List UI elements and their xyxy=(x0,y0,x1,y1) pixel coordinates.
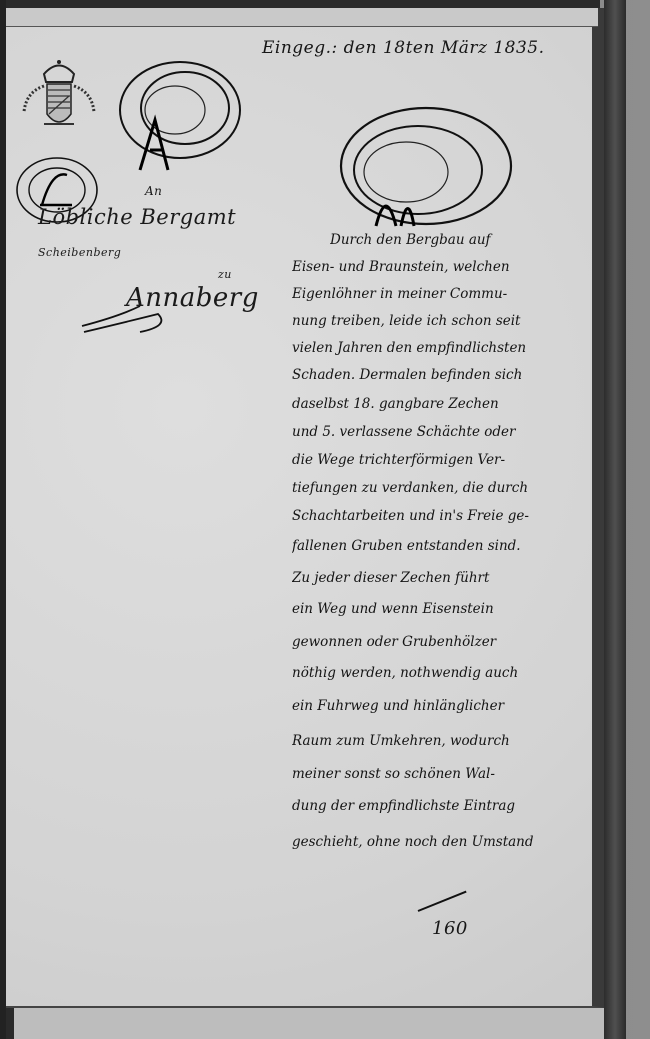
body-line: vielen Jahren den empfindlichsten xyxy=(292,340,604,356)
body-line: dung der empfindlichste Eintrag xyxy=(292,798,604,814)
body-line: Durch den Bergbau auf xyxy=(330,232,600,248)
body-line: Zu jeder dieser Zechen führt xyxy=(292,570,604,586)
recipient-line-bergamt: Löbliche Bergamt xyxy=(38,205,236,229)
body-line: ein Weg und wenn Eisenstein xyxy=(292,601,604,617)
recipient-line-annaberg: Annaberg xyxy=(126,283,259,313)
body-line: nöthig werden, nothwendig auch xyxy=(292,665,604,681)
page-top-fold xyxy=(6,8,598,27)
body-line: geschieht, ohne noch den Umstand xyxy=(292,834,604,850)
underlying-page-edge xyxy=(14,1008,604,1039)
monogram-flourish-h-icon xyxy=(306,96,516,236)
body-line: Eigenlöhner in meiner Commu- xyxy=(292,286,604,302)
body-line: daselbst 18. gangbare Zechen xyxy=(292,396,604,412)
recipient-line-scheibenberg: Scheibenberg xyxy=(38,246,121,259)
body-line: nung treiben, leide ich schon seit xyxy=(292,313,604,329)
body-line: und 5. verlassene Schächte oder xyxy=(292,424,604,440)
body-line: Schaden. Dermalen befinden sich xyxy=(292,367,604,383)
body-line: Eisen- und Braunstein, welchen xyxy=(292,259,604,275)
body-line: gewonnen oder Grubenhölzer xyxy=(292,634,604,650)
body-line: Schachtarbeiten und in's Freie ge- xyxy=(292,508,604,524)
book-binding xyxy=(604,0,626,1039)
received-date-note: Eingeg.: den 18ten März 1835. xyxy=(262,38,545,58)
body-line: die Wege trichterförmigen Ver- xyxy=(292,452,604,468)
body-line: ein Fuhrweg und hinlänglicher xyxy=(292,698,604,714)
body-line: Raum zum Umkehren, wodurch xyxy=(292,733,604,749)
folio-number: 160 xyxy=(432,918,468,939)
monogram-flourish-a-icon xyxy=(100,50,250,190)
recipient-line-zu: zu xyxy=(218,268,232,281)
body-line: fallenen Gruben entstanden sind. xyxy=(292,538,604,554)
body-line: meiner sonst so schönen Wal- xyxy=(292,766,604,782)
recipient-line-an: An xyxy=(145,184,162,198)
body-line: tiefungen zu verdanken, die durch xyxy=(292,480,604,496)
